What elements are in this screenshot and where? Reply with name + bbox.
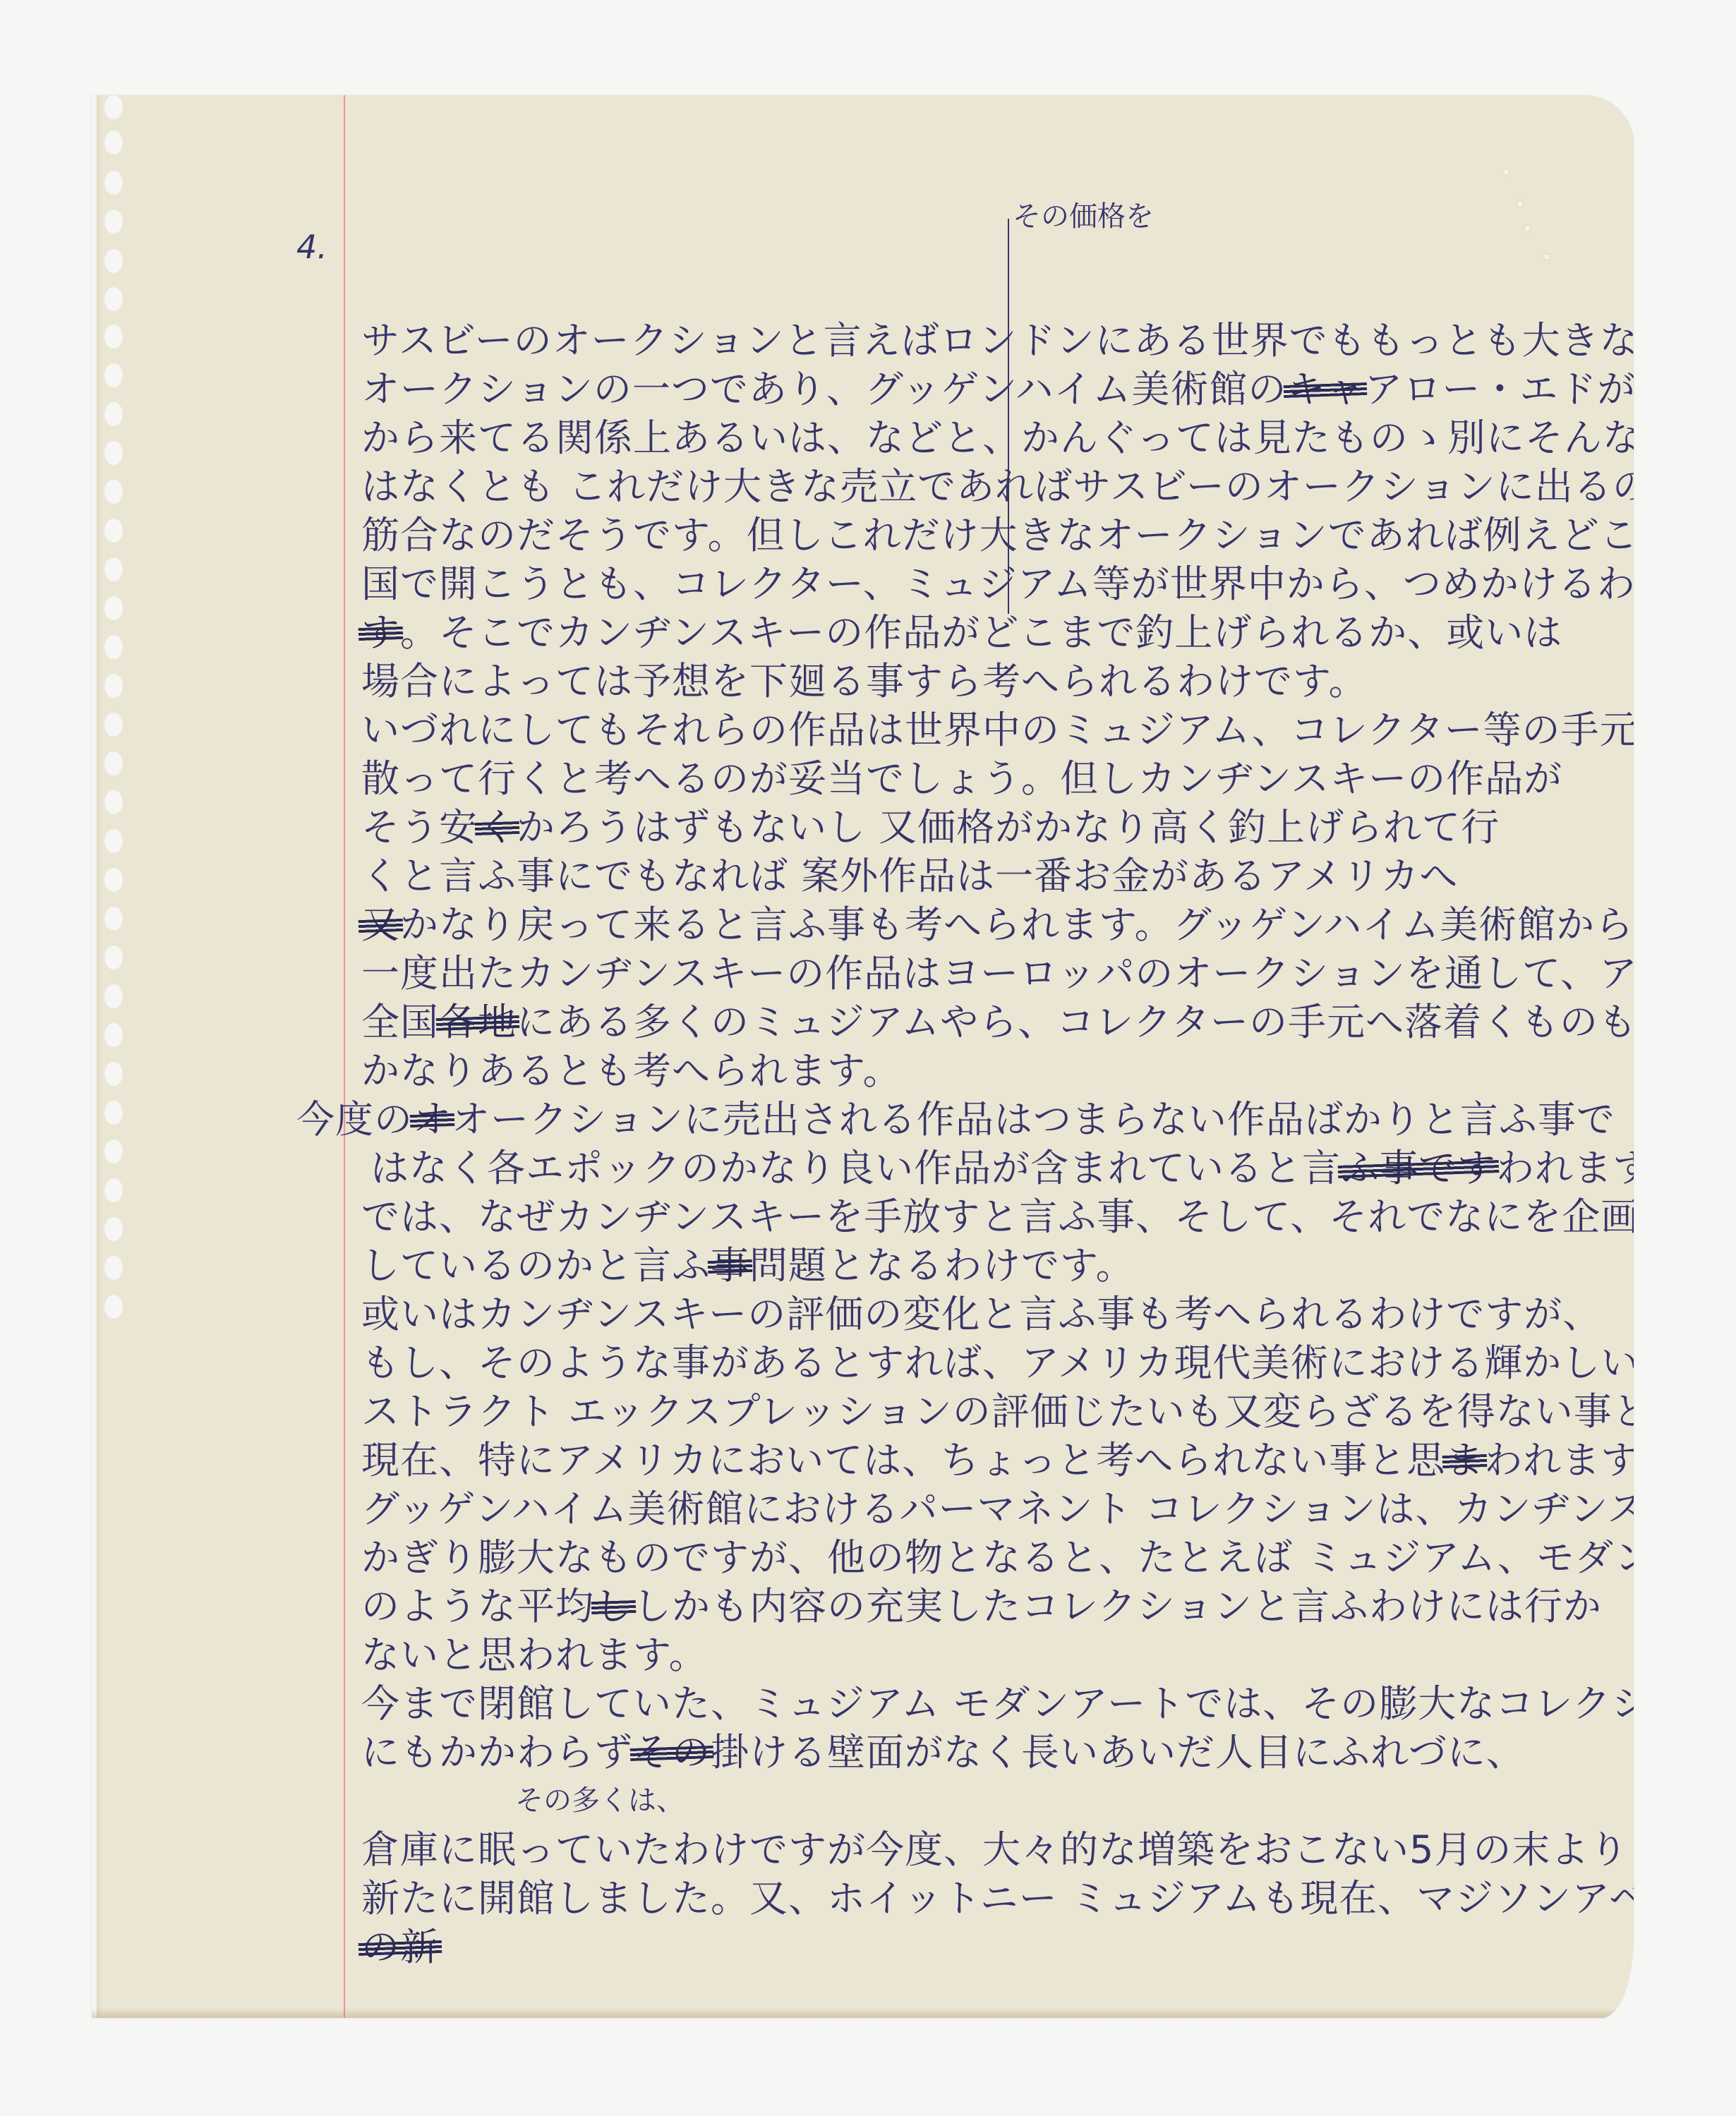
struck-text: の新 — [361, 1926, 439, 1969]
text-line: 散って行くと考へるのが妥当でしょう。但しカンヂンスキーの作品が — [361, 758, 1562, 800]
text-line: す。そこでカンヂンスキーの作品がどこまで釣上げられるか、或いは — [361, 612, 1562, 654]
text-line: 全国各地にある多くのミュジアムやら、コレクターの手元へ落着くものも — [361, 1001, 1634, 1044]
text-line: では、なぜカンヂンスキーを手放すと言ふ事、そして、それでなにを企画 — [361, 1196, 1634, 1238]
text-line: もし、そのような事があるとすれば、アメリカ現代美術における輝かしいアブ — [361, 1342, 1634, 1384]
insertion-note-top: その価格を — [1013, 194, 1154, 234]
text-line: サスビーのオークションと言えばロンドンにある世界でももっとも大きな — [361, 320, 1634, 362]
insertion-note-lower: その多くは、 — [515, 1778, 685, 1818]
text-line: はなくとも これだけ大きな売立であればサスビーのオークションに出るのが — [361, 466, 1634, 508]
handwritten-text: 4. その価格を サスビーのオークションと言えばロンドンにある世界でももっとも大… — [92, 95, 1634, 2018]
text-line: グッゲンハイム美術館におけるパーマネント コレクションは、カンヂンスキーに関する — [361, 1488, 1634, 1530]
text-line: 倉庫に眠っていたわけですが今度、大々的な増築をおこない5月の末より — [361, 1829, 1628, 1871]
text-line: 筋合なのだそうです。但しこれだけ大きなオークションであれば例えどこの — [361, 514, 1634, 557]
struck-text: ふ事です — [1341, 1147, 1496, 1190]
text-line: の新 — [361, 1926, 439, 1969]
text-line: 一度出たカンヂンスキーの作品はヨーロッパのオークションを通して、アメリカ — [361, 953, 1634, 995]
struck-text: 又 — [361, 904, 400, 946]
struck-text: キャ — [1286, 368, 1364, 411]
text-line: 場合によっては予想を下廻る事すら考へられるわけです。 — [361, 660, 1368, 703]
text-line: かなりあるとも考へられます。 — [361, 1050, 902, 1092]
text-line: そう安くかろうはずもないし 又価格がかなり高く釣上げられて行 — [361, 806, 1500, 849]
struck-text: し — [594, 1585, 633, 1628]
text-line: いづれにしてもそれらの作品は世界中のミュジアム、コレクター等の手元へと — [361, 709, 1634, 751]
text-line: 或いはカンヂンスキーの評価の変化と言ふ事も考へられるわけですが、 — [361, 1293, 1601, 1336]
struck-text: す — [361, 612, 400, 654]
text-line: ストラクト エックスプレッションの評価じたいも又変らざるを得ない事となり、 — [361, 1391, 1634, 1433]
text-line: ないと思われます。 — [361, 1634, 708, 1676]
text-line: のような平均ししかも内容の充実したコレクションと言ふわけには行か — [361, 1585, 1602, 1628]
text-line: かぎり膨大なものですが、他の物となると、たとえば ミュジアム、モダンアート — [361, 1537, 1634, 1579]
text-line: 国で開こうとも、コレクター、ミュジアム等が世界中から、つめかけるわけで — [361, 563, 1634, 605]
struck-text: オ — [413, 1099, 452, 1141]
struck-text: その — [633, 1731, 711, 1774]
text-line: にもかかわらずその掛ける壁面がなく長いあいだ人目にふれづに、 — [361, 1731, 1525, 1774]
struck-text: ま — [1445, 1439, 1484, 1482]
text-line: 今まで閉館していた、ミュジアム モダンアートでは、その膨大なコレクション — [361, 1683, 1634, 1725]
text-line: 新たに開館しました。又、ホイットニー ミュジアムも現在、マジソンアベニュー — [361, 1878, 1634, 1920]
text-line: 今度のオオークションに売出される作品はつまらない作品ばかりと言ふ事で — [296, 1099, 1615, 1141]
struck-text: 各地 — [439, 1001, 517, 1044]
notebook-page: 4. その価格を サスビーのオークションと言えばロンドンにある世界でももっとも大… — [92, 95, 1634, 2018]
text-line: 現在、特にアメリカにおいては、ちょっと考へられない事と思まわれます。 — [361, 1439, 1634, 1482]
page-number: 4. — [296, 228, 327, 266]
text-line: 又かなり戻って来ると言ふ事も考へられます。グッゲンハイム美術館から — [361, 904, 1634, 946]
text-line: から来てる関係上あるいは、などと、かんぐっては見たものゝ別にそんな関係 — [361, 417, 1634, 459]
text-line: はなく各エポックのかなり良い作品が含まれていると言ふ事ですわれます — [370, 1147, 1634, 1190]
text-line: しているのかと言ふ事問題となるわけです。 — [361, 1245, 1135, 1287]
struck-text: く — [478, 806, 517, 849]
struck-text: 事 — [711, 1245, 749, 1287]
text-line: オークションの一つであり、グッゲンハイム美術館のキャアロー・エドがロンドン — [361, 368, 1634, 411]
text-line: くと言ふ事にでもなれば 案外作品は一番お金があるアメリカへ — [361, 855, 1458, 897]
